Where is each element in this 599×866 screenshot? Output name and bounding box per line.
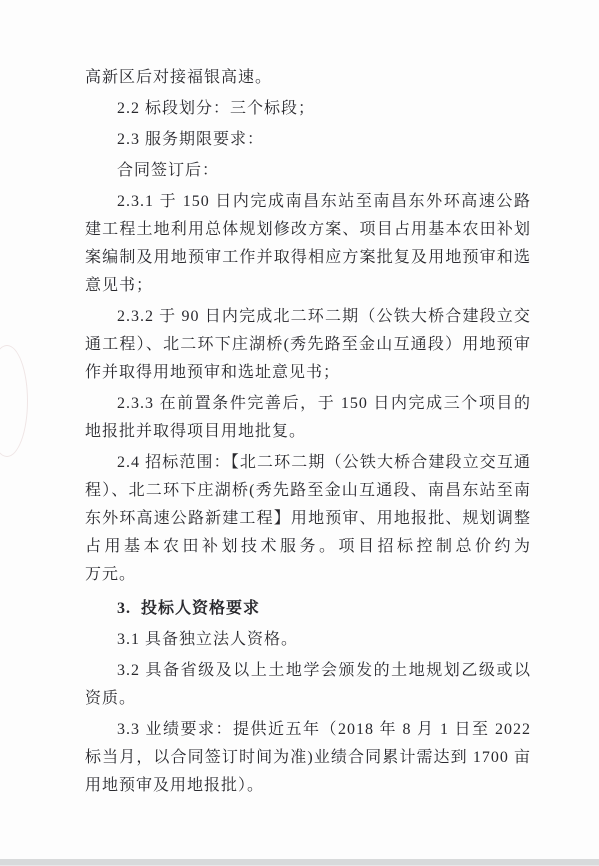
section-heading: 3. 投标人资格要求 bbox=[85, 595, 531, 623]
text-line: 3.3 业绩要求：提供近五年（2018 年 8 月 1 日至 2022 年开 bbox=[85, 716, 531, 744]
document-body: 高新区后对接福银高速。2.2 标段划分：三个标段；2.3 服务期限要求：合同签订… bbox=[85, 64, 531, 803]
text-line: 3. 投标人资格要求 bbox=[85, 595, 531, 623]
paragraph: 高新区后对接福银高速。 bbox=[85, 64, 531, 92]
text-line: 3.1 具备独立法人资格。 bbox=[85, 626, 531, 654]
paragraph: 2.3.1 于 150 日内完成南昌东站至南昌东外环高速公路新建工程土地利用总体… bbox=[85, 188, 531, 300]
text-line: 案编制及用地预审工作并取得相应方案批复及用地预审和选址 bbox=[85, 244, 531, 272]
text-line: 万元。 bbox=[85, 561, 531, 589]
text-line: 合同签订后： bbox=[85, 157, 531, 185]
text-line: 2.2 标段划分：三个标段； bbox=[85, 95, 531, 123]
text-line: 标当月，以合同签订时间为准)业绩合同累计需达到 1700 亩（含 bbox=[85, 744, 531, 772]
paragraph: 3.3 业绩要求：提供近五年（2018 年 8 月 1 日至 2022 年开标当… bbox=[85, 716, 531, 800]
document-page: 高新区后对接福银高速。2.2 标段划分：三个标段；2.3 服务期限要求：合同签订… bbox=[0, 0, 599, 866]
paragraph: 合同签订后： bbox=[85, 157, 531, 185]
paragraph: 3.1 具备独立法人资格。 bbox=[85, 626, 531, 654]
paragraph: 2.3.3 在前置条件完善后，于 150 日内完成三个项目的用地报批并取得项目用… bbox=[85, 390, 531, 446]
paragraph: 2.3 服务期限要求： bbox=[85, 126, 531, 154]
text-line: 3.2 具备省级及以上土地学会颁发的土地规划乙级或以上 bbox=[85, 657, 531, 685]
text-line: 用地预审及用地报批）。 bbox=[85, 772, 531, 800]
paragraph: 2.3.2 于 90 日内完成北二环二期（公铁大桥合建段立交互通工程）、北二环下… bbox=[85, 303, 531, 387]
text-line: 通工程）、北二环下庄湖桥(秀先路至金山互通段）用地预审工 bbox=[85, 331, 531, 359]
paragraph: 2.2 标段划分：三个标段； bbox=[85, 95, 531, 123]
text-line: 高新区后对接福银高速。 bbox=[85, 64, 531, 92]
text-line: 2.3.3 在前置条件完善后，于 150 日内完成三个项目的用 bbox=[85, 390, 531, 418]
text-line: 2.3.1 于 150 日内完成南昌东站至南昌东外环高速公路新 bbox=[85, 188, 531, 216]
text-line: 作并取得用地预审和选址意见书； bbox=[85, 359, 531, 387]
text-line: 程）、北二环下庄湖桥(秀先路至金山互通段、南昌东站至南昌 bbox=[85, 477, 531, 505]
text-line: 意见书； bbox=[85, 272, 531, 300]
text-line: 2.3 服务期限要求： bbox=[85, 126, 531, 154]
text-line: 2.3.2 于 90 日内完成北二环二期（公铁大桥合建段立交互 bbox=[85, 303, 531, 331]
text-line: 占用基本农田补划技术服务。项目招标控制总价约为 125.493 bbox=[85, 533, 531, 561]
paragraph: 2.4 招标范围：【北二环二期（公铁大桥合建段立交互通工程）、北二环下庄湖桥(秀… bbox=[85, 449, 531, 589]
paragraph: 3.2 具备省级及以上土地学会颁发的土地规划乙级或以上资质。 bbox=[85, 657, 531, 713]
scan-artifact bbox=[0, 345, 28, 457]
text-line: 资质。 bbox=[85, 685, 531, 713]
text-line: 建工程土地利用总体规划修改方案、项目占用基本农田补划方 bbox=[85, 216, 531, 244]
text-line: 2.4 招标范围：【北二环二期（公铁大桥合建段立交互通工 bbox=[85, 449, 531, 477]
text-line: 地报批并取得项目用地批复。 bbox=[85, 418, 531, 446]
text-line: 东外环高速公路新建工程】用地预审、用地报批、规划调整及 bbox=[85, 505, 531, 533]
